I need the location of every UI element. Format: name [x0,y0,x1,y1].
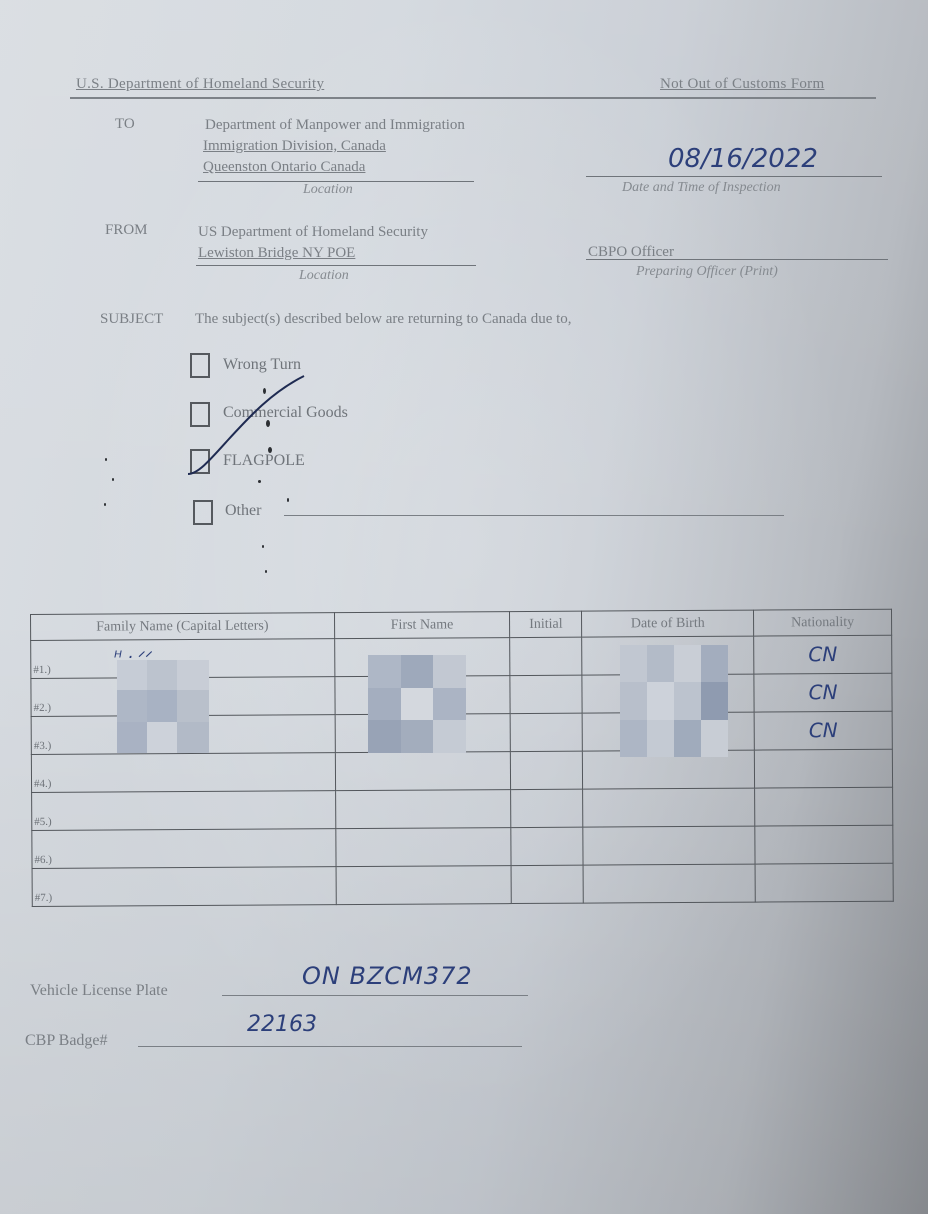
inspection-date-value[interactable]: 08/16/2022 [668,144,818,174]
to-line-2: Immigration Division, Canada [203,138,386,155]
row-number: #7.) [33,892,53,906]
from-location-rule [196,265,476,266]
ink-speck [105,458,107,461]
ink-speck [268,447,272,453]
officer-rule [586,259,888,260]
date-of-birth-cell[interactable] [583,788,755,827]
column-header-family-name: Family Name (Capital Letters) [31,613,335,641]
badge-line [138,1046,522,1047]
nationality-value: CN [755,680,892,705]
nationality-cell[interactable] [755,825,893,864]
ink-speck [266,420,270,427]
form-title: Not Out of Customs Form [660,76,824,93]
family-name-cell[interactable]: #4.) [31,753,335,793]
ink-speck [287,498,289,502]
from-location-caption: Location [299,268,349,284]
first-name-cell[interactable] [335,828,511,867]
handwritten-fragment: ᴴ · ᐟᐟ [114,648,153,668]
ink-speck [263,388,266,394]
initial-cell[interactable] [510,713,582,751]
nationality-cell[interactable]: CN [754,635,892,674]
row-number: #4.) [32,778,52,792]
row-number: #6.) [32,854,52,868]
inspection-date-rule [586,176,882,177]
table-row: #5.) [32,787,893,830]
row-number: #2.) [32,702,52,716]
inspection-date-caption: Date and Time of Inspection [622,180,781,196]
column-header-nationality: Nationality [754,609,892,636]
nationality-cell[interactable]: CN [754,711,892,750]
column-header-first-name: First Name [334,612,510,639]
from-line-1: US Department of Homeland Security [198,224,428,241]
initial-cell[interactable] [510,637,582,675]
nationality-value: CN [754,642,891,667]
nationality-cell[interactable] [754,749,892,788]
nationality-cell[interactable] [755,787,893,826]
badge-label: CBP Badge# [25,1032,108,1050]
to-label: TO [115,116,135,133]
officer-caption: Preparing Officer (Print) [636,264,778,280]
initial-cell[interactable] [511,751,583,789]
nationality-cell[interactable]: CN [754,673,892,712]
vehicle-plate-line [222,995,528,996]
family-name-cell[interactable]: #6.) [32,829,336,869]
family-name-cell[interactable]: #5.) [32,791,336,831]
ink-speck [265,570,267,573]
redacted-family-names [117,660,209,753]
row-number: #1.) [31,664,51,678]
table-row: #7.) [32,863,893,906]
reason-label-other: Other [225,502,261,520]
nationality-cell[interactable] [755,863,893,902]
badge-value[interactable]: 22163 [247,1012,317,1037]
initial-cell[interactable] [511,827,583,865]
initial-cell[interactable] [511,789,583,827]
ink-speck [258,480,261,483]
row-number: #3.) [32,740,52,754]
redacted-dates-of-birth [620,645,728,757]
vehicle-plate-label: Vehicle License Plate [30,982,168,1000]
first-name-cell[interactable] [335,752,511,791]
to-line-3: Queenston Ontario Canada [203,159,365,176]
table-row: #4.) [31,749,892,792]
agency-header: U.S. Department of Homeland Security [76,76,324,93]
ink-speck [104,503,106,506]
row-number: #5.) [32,816,52,830]
initial-cell[interactable] [510,675,582,713]
column-header-date-of-birth: Date of Birth [582,610,754,637]
from-label: FROM [105,222,148,239]
paper-shading [0,0,928,1214]
checkbox-other[interactable] [193,500,213,525]
subjects-table: Family Name (Capital Letters) First Name… [30,609,894,907]
column-header-initial: Initial [510,611,582,637]
check-mark-icon [180,370,320,480]
subject-text: The subject(s) described below are retur… [195,311,572,328]
subject-label: SUBJECT [100,311,163,328]
redacted-first-names [368,655,466,753]
initial-cell[interactable] [511,865,583,903]
header-rule [70,97,876,99]
ink-speck [262,545,264,548]
first-name-cell[interactable] [335,790,511,829]
table-row: #6.) [32,825,893,868]
vehicle-plate-value[interactable]: ON BZCM372 [302,962,473,990]
ink-speck [112,478,114,481]
first-name-cell[interactable] [336,866,512,905]
date-of-birth-cell[interactable] [583,826,755,865]
to-location-caption: Location [303,182,353,198]
to-line-1: Department of Manpower and Immigration [205,117,465,134]
other-reason-line[interactable] [284,515,784,516]
family-name-cell[interactable]: #7.) [32,867,336,907]
from-line-2: Lewiston Bridge NY POE [198,245,355,262]
nationality-value: CN [755,718,892,743]
date-of-birth-cell[interactable] [583,864,755,903]
